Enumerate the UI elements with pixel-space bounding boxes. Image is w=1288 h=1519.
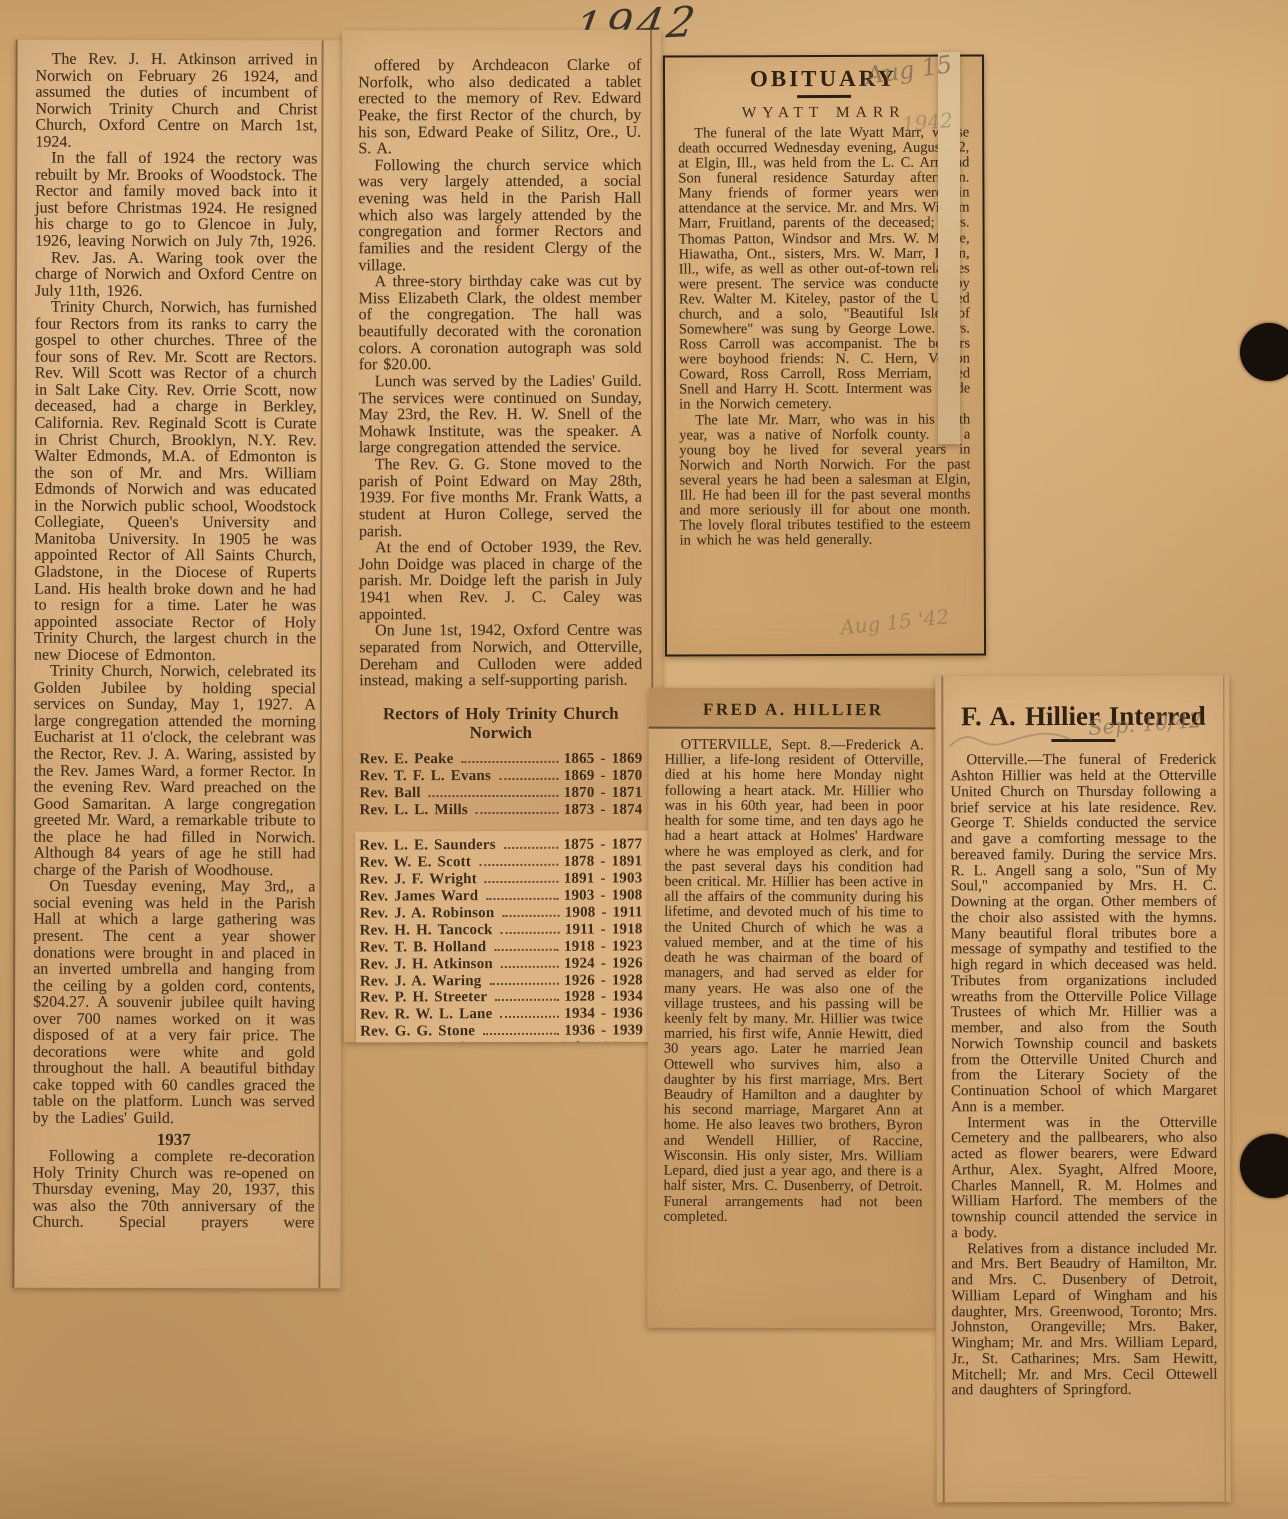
rector-row: Rev. H. H. Tancock 1911 - 1918 <box>360 921 643 939</box>
paragraph: On June 1st, 1942, Oxford Centre was sep… <box>359 623 642 690</box>
paragraph: OTTERVILLE, Sept. 8.—Frederick A. Hillie… <box>663 738 923 1226</box>
dotted-leader <box>476 812 559 814</box>
fred-hillier-title: FRED A. HILLIER <box>657 700 930 721</box>
dotted-leader <box>489 982 559 984</box>
rector-name: Rev. J. F. Wright <box>359 871 477 888</box>
rector-row: Rev. G. G. Stone 1936 - 1939 <box>360 1022 643 1040</box>
paragraph: Trinity Church, Norwich, celebrated its … <box>33 664 316 880</box>
rector-years: 1873 - 1874 <box>564 801 643 818</box>
section-subhead-1937: 1937 <box>33 1130 315 1148</box>
dotted-leader <box>502 914 559 916</box>
paragraph: Interment was in the Otterville Cemetery… <box>951 1115 1217 1241</box>
rector-row: Rev. L. E. Saunders 1875 - 1877 <box>359 836 642 854</box>
pencil-year-annotation: 1942 <box>901 108 954 136</box>
rector-years: 1875 - 1877 <box>564 836 643 853</box>
rector-years: 1911 - 1918 <box>565 921 643 938</box>
rector-name: Rev. J. A. Robinson <box>360 904 495 922</box>
article-body: OTTERVILLE, Sept. 8.—Frederick A. Hillie… <box>647 729 937 1226</box>
rectors-list-heading: Rectors of Holy Trinity Church Norwich <box>359 704 642 744</box>
rector-years: 1908 - 1911 <box>565 904 643 921</box>
paragraph: The funeral of the late Wyatt Marr, whos… <box>678 126 970 413</box>
dotted-leader <box>479 863 559 865</box>
paragraph: Otterville.—The funeral of Frederick Ash… <box>950 753 1217 1116</box>
rector-name: Rev. W. E. Scott <box>359 854 471 871</box>
rector-row: Rev. T. B. Holland 1918 - 1923 <box>360 938 643 956</box>
rector-name: Rev. L. L. Mills <box>359 802 467 819</box>
rector-years: 1903 - 1908 <box>564 887 643 904</box>
paragraph: The Rev. J. H. Atkinson arrived in Norwi… <box>35 52 317 152</box>
clipping-church-jubilee-continued: offered by Archdeacon Clarke of Norfolk,… <box>342 30 663 1043</box>
scrapbook-page: 1942 The Rev. J. H. Atkinson arrived in … <box>0 0 1288 1519</box>
dotted-leader <box>461 761 558 763</box>
rector-row: Rev. T. F. L. Evans 1869 - 1870 <box>359 768 642 785</box>
rector-row: Rev. James Ward 1903 - 1908 <box>359 887 642 905</box>
rectors-list-later: Rev. L. E. Saunders 1875 - 1877 Rev. W. … <box>355 830 649 1042</box>
rector-row: Rev. P. H. Streeter 1928 - 1934 <box>360 988 643 1006</box>
rector-years: 1928 - 1934 <box>564 988 643 1005</box>
headline-band: FRED A. HILLIER <box>649 688 938 730</box>
hole-punch <box>1240 323 1288 381</box>
clipping-atkinson-history: The Rev. J. H. Atkinson arrived in Norwi… <box>12 40 343 1289</box>
pencil-scribble <box>946 722 1076 756</box>
rectors-list-early: Rev. E. Peake 1865 - 1869 Rev. T. F. L. … <box>359 751 642 819</box>
dotted-leader <box>495 999 559 1001</box>
hole-punch <box>1240 1134 1288 1198</box>
rector-row: Rev. W. E. Scott 1878 - 1891 <box>359 853 642 871</box>
rector-row: Rev. J. A. Robinson 1908 - 1911 <box>360 904 643 922</box>
rector-name: Rev. J. N. Doidge <box>360 1040 479 1042</box>
rector-row: Rev. J. A. Waring 1926 - 1928 <box>360 971 643 989</box>
dotted-leader <box>485 880 559 882</box>
dotted-leader <box>500 1016 559 1018</box>
rector-years: 1936 - 1939 <box>564 1022 643 1039</box>
rector-row: Rev. J. N. Doidge Nov. 1939 July 1941 <box>360 1039 643 1042</box>
dotted-leader <box>501 931 560 933</box>
rector-name: Rev. J. A. Waring <box>360 972 482 989</box>
rector-row: Rev. R. W. L. Lane 1934 - 1936 <box>360 1005 643 1023</box>
rector-row: Rev. L. L. Mills 1873 - 1874 <box>359 801 642 818</box>
clipping-hillier-interred: F. A. Hillier Interred Otterville.—The f… <box>935 676 1230 1503</box>
rector-name: Rev. R. W. L. Lane <box>360 1006 493 1024</box>
paragraph: Lunch was served by the Ladies' Guild. T… <box>359 374 642 458</box>
rector-years: 1878 - 1891 <box>564 853 643 870</box>
dotted-leader <box>501 965 559 967</box>
paragraph: The Rev. G. G. Stone moved to the parish… <box>359 457 642 541</box>
rector-row: Rev. Ball 1870 - 1871 <box>359 784 642 801</box>
dotted-leader <box>504 846 559 848</box>
rector-years: 1934 - 1936 <box>564 1005 643 1022</box>
rector-years: 1918 - 1923 <box>564 938 643 955</box>
paragraph: Rev. Jas. A. Waring took over the charge… <box>35 250 317 300</box>
rector-name: Rev. L. E. Saunders <box>359 837 496 855</box>
dotted-leader <box>483 1033 559 1035</box>
paragraph: Trinity Church, Norwich, has furnished f… <box>34 300 317 665</box>
rector-name: Rev. J. H. Atkinson <box>360 955 493 973</box>
paragraph: The late Mr. Marr, who was in his 50th y… <box>679 412 970 549</box>
rector-name: Rev. T. B. Holland <box>360 938 487 955</box>
rector-years: 1891 - 1903 <box>564 870 643 887</box>
rector-name: Rev. T. F. L. Evans <box>359 768 491 785</box>
paragraph: Following a complete re-decoration Holy … <box>33 1149 315 1232</box>
rector-row: Rev. J. H. Atkinson 1924 - 1926 <box>360 955 643 973</box>
headline-rule <box>797 95 851 98</box>
dotted-leader <box>499 778 559 780</box>
rector-name: Rev. James Ward <box>359 888 478 905</box>
rector-years: 1926 - 1928 <box>564 971 643 988</box>
rector-years: 1870 - 1871 <box>564 784 643 801</box>
rector-row: Rev. J. F. Wright 1891 - 1903 <box>359 870 642 888</box>
rector-years: Nov. 1939 July 1941 <box>488 1039 625 1042</box>
clipping-fred-hillier-death: FRED A. HILLIER OTTERVILLE, Sept. 8.—Fre… <box>647 688 938 1329</box>
rector-name: Rev. P. H. Streeter <box>360 989 487 1006</box>
rector-name: Rev. H. H. Tancock <box>360 921 493 939</box>
rector-name: Rev. Ball <box>359 785 420 802</box>
rector-row: Rev. E. Peake 1865 - 1869 <box>359 751 642 768</box>
rector-years: 1869 - 1870 <box>564 768 643 785</box>
dotted-leader <box>494 948 559 950</box>
dotted-leader <box>486 897 558 899</box>
dotted-leader <box>429 795 559 797</box>
rector-name: Rev. E. Peake <box>359 751 453 768</box>
rector-name: Rev. G. G. Stone <box>360 1023 475 1040</box>
rectors-heading-line1: Rectors of Holy Trinity Church <box>359 704 642 724</box>
paragraph: On Tuesday evening, May 3rd,, a social e… <box>33 879 316 1128</box>
paragraph: Following the church service which was v… <box>358 158 641 275</box>
paragraph: Relatives from a distance included Mr. a… <box>951 1241 1217 1399</box>
paragraph: At the end of October 1939, the Rev. Joh… <box>359 540 642 624</box>
rector-years: 1924 - 1926 <box>564 955 643 972</box>
paragraph: A three-story birthday cake was cut by M… <box>359 274 642 374</box>
rector-years: 1865 - 1869 <box>564 751 643 768</box>
rectors-heading-line2: Norwich <box>359 723 642 743</box>
paragraph: In the fall of 1924 the rectory was rebu… <box>35 151 317 251</box>
paragraph: offered by Archdeacon Clarke of Norfolk,… <box>358 58 641 158</box>
